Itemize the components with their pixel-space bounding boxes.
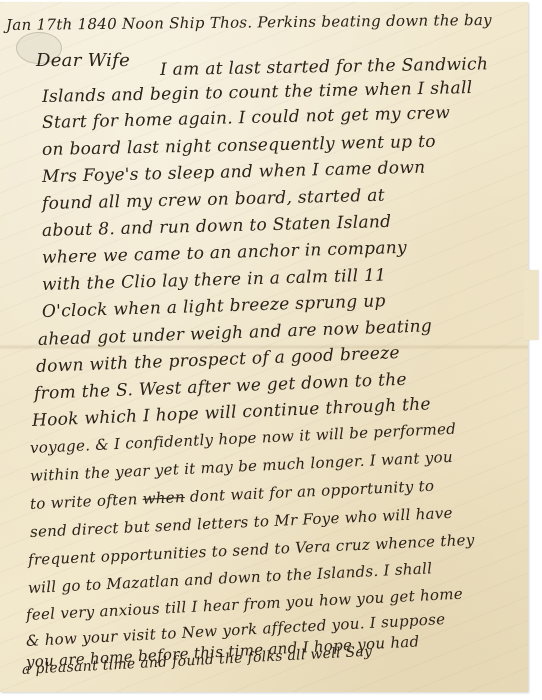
letter-line: Start for home again. I could not get my… <box>42 103 451 133</box>
letter-line: Islands and begin to count the time when… <box>42 78 473 107</box>
letter-line: where we came to an anchor in company <box>42 238 407 268</box>
letter-heading: Jan 17th 1840 Noon Ship Thos. Perkins be… <box>6 11 492 34</box>
letter-line: Mrs Foye's to sleep and when I came down <box>42 158 426 187</box>
struck-word: when <box>142 488 185 508</box>
letter-line: I am at last started for the Sandwich <box>160 54 488 80</box>
letter-line: about 8. and run down to Staten Island <box>42 212 392 241</box>
line-text: dont wait for an opportunity to <box>184 477 434 506</box>
letter-line: found all my crew on board, started at <box>42 186 385 214</box>
letter-line: with the Clio lay there in a calm till 1… <box>42 265 387 295</box>
paper-fold-tab <box>524 270 538 340</box>
letter-line: O'clock when a light breeze sprung up <box>42 291 386 322</box>
salutation: Dear Wife <box>36 50 130 71</box>
letter-page: Jan 17th 1840 Noon Ship Thos. Perkins be… <box>0 2 528 692</box>
letter-line: on board last night consequently went up… <box>42 132 436 160</box>
line-text: to write often <box>30 490 143 513</box>
